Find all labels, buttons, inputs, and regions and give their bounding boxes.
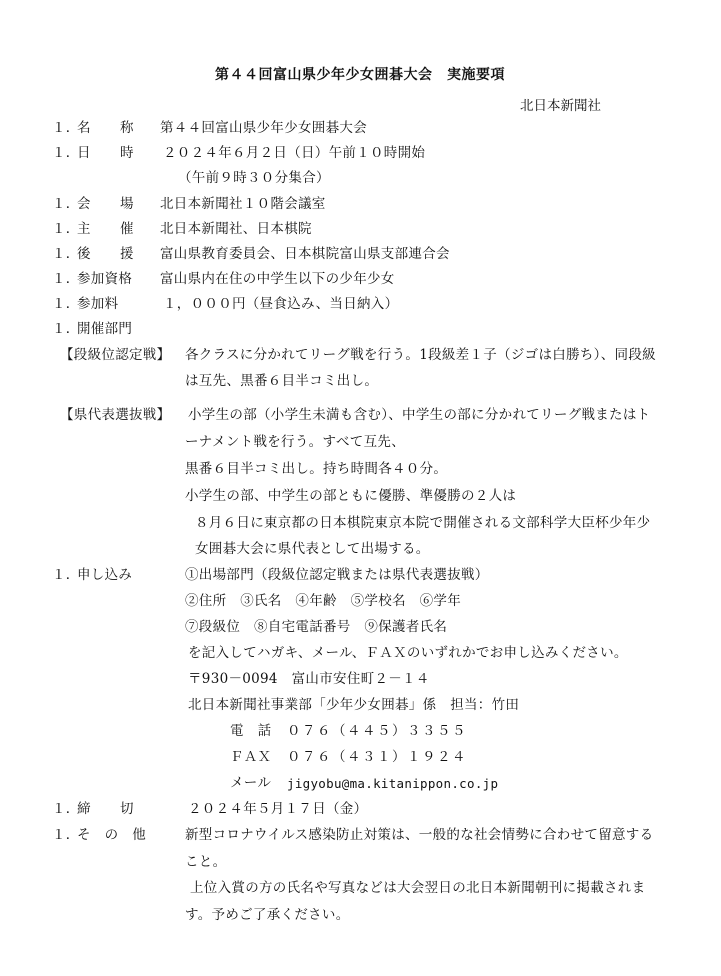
department-contact: 北日本新聞社事業部「少年少女囲碁」係 担当：竹田	[188, 697, 519, 714]
phone-label: 電 話	[230, 723, 271, 740]
item-label: 切	[120, 801, 134, 818]
application-line: ⑦段級位 ⑧自宅電話番号 ⑨保護者氏名	[185, 619, 447, 636]
item-label: 援	[120, 246, 134, 263]
item-value: 北日本新聞社１０階会議室	[160, 196, 326, 213]
application-line: を記入してハガキ、メール、ＦＡＸのいずれかでお申し込みください。	[188, 645, 628, 662]
document-page: 第４４回富山県少年少女囲碁大会 実施要項 北日本新聞社 １． 名 称 第４４回富…	[0, 0, 721, 976]
item-number: １．	[52, 271, 80, 288]
item-number: １．	[52, 827, 80, 844]
postal-address: 〒930－0094 富山市安住町２－１４	[188, 671, 430, 688]
item-label: 時	[120, 145, 134, 162]
other-line: す。予めご了承ください。	[185, 907, 350, 924]
item-label: 後	[77, 246, 91, 263]
item-label: 申し込み	[77, 567, 132, 584]
item-label: 締	[77, 801, 91, 818]
fax-label: ＦＡＸ	[230, 749, 271, 766]
item-note: （午前９時３０分集合）	[178, 170, 330, 187]
division-text-line: 女囲碁大会に県代表として出場する。	[195, 541, 430, 558]
item-label: 場	[120, 196, 134, 213]
other-line: こと。	[185, 854, 226, 871]
item-number: １．	[52, 246, 80, 263]
item-label: 開催部門	[77, 321, 132, 338]
fax-number: ０７６（４３１）１９２４	[287, 749, 467, 766]
division-text-line: は互先、黒番６目半コミ出し。	[185, 373, 378, 390]
item-value: 富山県教育委員会、日本棋院富山県支部連合会	[160, 246, 450, 263]
item-value: ２０２４年６月２日（日）午前１０時開始	[163, 145, 425, 162]
division-text-line: ８月６日に東京都の日本棋院東京本院で開催される文部科学大臣杯少年少	[195, 515, 650, 532]
item-number: １．	[52, 145, 80, 162]
item-label: そ の 他	[77, 827, 146, 844]
email-label: メール	[230, 775, 271, 792]
application-line: ①出場部門（段級位認定戦または県代表選抜戦）	[185, 567, 489, 584]
item-label: 称	[120, 120, 134, 137]
division-label: 【段級位認定戦】	[60, 347, 170, 364]
item-label: 参加料	[77, 296, 118, 313]
item-number: １．	[52, 120, 80, 137]
email-address: jigyobu@ma.kitanippon.co.jp	[287, 775, 498, 792]
item-number: １．	[52, 196, 80, 213]
organization-name: 北日本新聞社	[520, 94, 601, 114]
item-label: 日	[77, 145, 91, 162]
item-value: 北日本新聞社、日本棋院	[160, 221, 312, 238]
item-number: １．	[52, 801, 80, 818]
division-text-line: 各クラスに分かれてリーグ戦を行う。1段級差１子（ジゴは白勝ち）、同段級	[185, 347, 656, 364]
item-number: １．	[52, 221, 80, 238]
item-label: 主	[77, 221, 91, 238]
other-line: 上位入賞の方の氏名や写真などは大会翌日の北日本新聞朝刊に掲載されま	[190, 880, 645, 897]
item-number: １．	[52, 296, 80, 313]
item-number: １．	[52, 567, 80, 584]
item-value: １，０００円（昼食込み、当日納入）	[163, 296, 398, 313]
item-number: １．	[52, 321, 80, 338]
item-label: 催	[120, 221, 134, 238]
item-value: 富山県内在住の中学生以下の少年少女	[160, 271, 395, 288]
division-text-line: 黒番６目半コミ出し。持ち時間各４０分。	[185, 461, 447, 478]
division-text-line: 小学生の部（小学生未満も含む）、中学生の部に分かれてリーグ戦またはト	[188, 407, 650, 424]
phone-number: ０７６（４４５）３３５５	[287, 723, 467, 740]
division-text-line: 小学生の部、中学生の部ともに優勝、準優勝の２人は	[185, 488, 516, 505]
division-label: 【県代表選抜戦】	[60, 407, 170, 424]
item-value: ２０２４年５月１７日（金）	[188, 801, 367, 818]
other-line: 新型コロナウイルス感染防止対策は、一般的な社会情勢に合わせて留意する	[185, 827, 653, 844]
division-text-line: ーナメント戦を行う。すべて互先、	[185, 434, 405, 451]
item-value: 第４４回富山県少年少女囲碁大会	[160, 120, 367, 137]
item-label: 会	[77, 196, 91, 213]
document-title: 第４４回富山県少年少女囲碁大会 実施要項	[215, 64, 505, 84]
application-line: ②住所 ③氏名 ④年齢 ⑤学校名 ⑥学年	[185, 593, 461, 610]
item-label: 参加資格	[77, 271, 132, 288]
item-label: 名	[77, 120, 91, 137]
